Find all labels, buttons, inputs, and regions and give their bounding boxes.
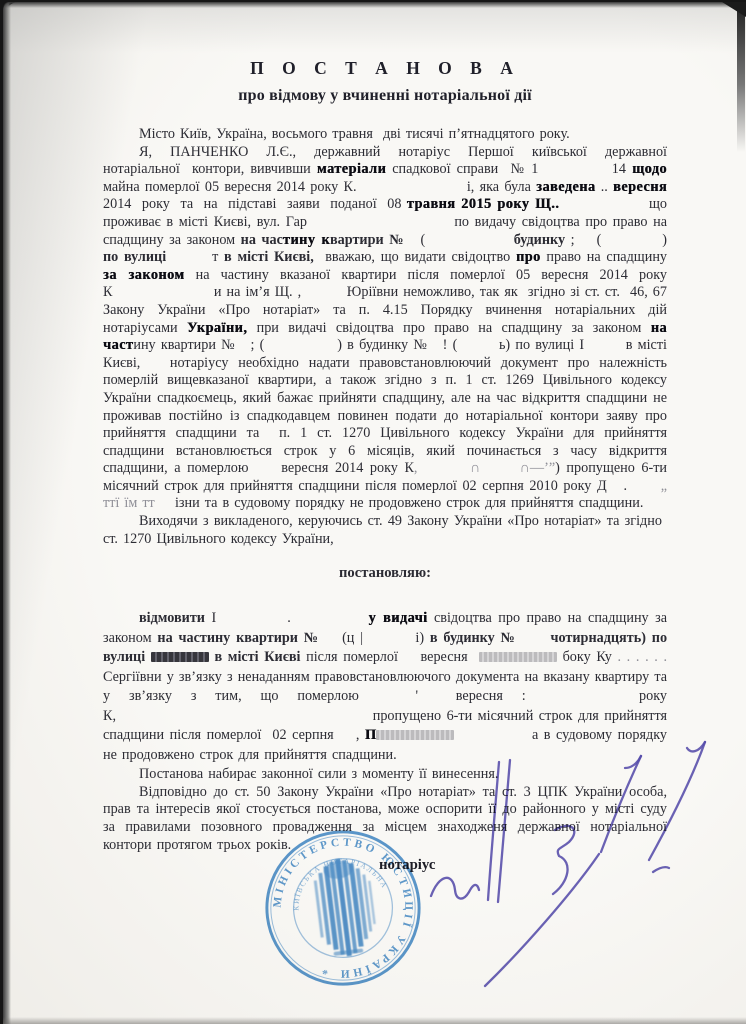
text-segment: ( xyxy=(404,232,514,248)
text-segment: відмовити xyxy=(139,610,205,626)
signature-stroke xyxy=(488,762,499,900)
stamp-star: * xyxy=(321,967,329,982)
text-segment: .. xyxy=(595,179,613,195)
text-segment: в місті Києві xyxy=(214,649,300,665)
scan-edge-left xyxy=(3,2,11,1024)
signature-stroke xyxy=(485,854,599,986)
signature-stroke xyxy=(498,760,510,902)
text-segment: вартири № xyxy=(330,232,404,248)
text-segment: І xyxy=(205,610,216,626)
text-segment: вважаю, що видати свідоцтво xyxy=(314,249,516,265)
text-segment: постановляю: xyxy=(339,565,431,581)
signature-stroke xyxy=(649,742,705,860)
text-segment: . . . . . . xyxy=(612,649,667,665)
text-segment: матеріали xyxy=(317,161,386,177)
text-segment: і, яка була xyxy=(467,179,536,195)
text-segment: , ∩ ∩—’” xyxy=(414,460,555,476)
text-segment: по вулиці xyxy=(103,249,166,265)
text-segment: заведена xyxy=(536,179,595,195)
signature-stroke xyxy=(431,878,479,899)
text-segment: боку Ку xyxy=(557,649,612,665)
redaction-blot xyxy=(479,652,557,662)
text-segment: на частину квартири № xyxy=(157,630,318,646)
text-segment: право на спадщину xyxy=(541,249,672,265)
text-segment: 14 xyxy=(612,161,632,177)
text-segment: ину квартири № ; ( ) в будинку № ! ( ь) … xyxy=(133,337,584,353)
text-segment xyxy=(112,284,213,300)
text-segment: Виходячи з викладеного, керуючись ст. 49… xyxy=(103,513,672,547)
text-segment: за законом xyxy=(103,267,184,283)
paper-sheet: П О С Т А Н О В А про відмову у вчиненні… xyxy=(3,2,746,1024)
text-segment xyxy=(307,214,454,230)
text-segment: спадкової справи № 1 xyxy=(386,161,538,177)
document-title: П О С Т А Н О В А xyxy=(103,58,667,79)
signature-stroke xyxy=(653,867,669,872)
text-segment: вересня xyxy=(613,179,667,195)
text-segment xyxy=(538,161,611,177)
text-segment: у видачі xyxy=(368,610,427,626)
notary-signature-icon xyxy=(403,724,733,1019)
scan-edge-right xyxy=(737,2,745,152)
text-segment xyxy=(155,495,175,511)
signature-stroke xyxy=(553,826,574,894)
redaction-blot xyxy=(151,652,209,662)
scan-edge-bottom xyxy=(3,1017,746,1024)
text-segment: . , xyxy=(289,284,347,300)
paragraph-main: Я, ПАНЧЕНКО Л.Є., державний нотаріус Пер… xyxy=(103,144,667,513)
text-segment: щодо xyxy=(632,161,667,177)
text-segment: . xyxy=(216,610,368,626)
text-segment: при видачі свідоцтва про право на спадщи… xyxy=(247,320,650,336)
text-segment: травня 2015 року Щ.. xyxy=(407,196,560,212)
text-segment: ізни та в судовому порядку не продовжено… xyxy=(175,495,643,511)
text-segment xyxy=(516,630,551,646)
text-segment: в місті Києві, нотаріусу необхідно надат… xyxy=(103,337,672,476)
document-subtitle: про відмову у вчиненні нотаріальної дії xyxy=(103,87,667,105)
text-segment: чотирнадцять) xyxy=(551,630,646,646)
text-segment xyxy=(116,708,373,724)
text-segment: . xyxy=(607,478,661,494)
text-segment: (ц | і) xyxy=(319,630,430,646)
resolution-word: постановляю: xyxy=(103,565,667,582)
text-segment: т xyxy=(166,249,224,265)
text-segment: и на ім’я Щ xyxy=(214,284,289,300)
signature-stroke xyxy=(601,756,641,852)
scanned-document: П О С Т А Н О В А про відмову у вчиненні… xyxy=(0,0,746,1024)
signature-stroke xyxy=(625,756,641,768)
scan-edge-top xyxy=(3,2,746,8)
text-segment: в місті Києві, xyxy=(224,249,314,265)
text-segment: ; ( ) xyxy=(565,232,672,248)
text-segment: , xyxy=(339,727,365,743)
paragraph-place-date: Місто Київ, Україна, восьмого травня дві… xyxy=(103,126,667,144)
text-segment: . xyxy=(353,179,467,195)
text-segment: в будинку № xyxy=(430,630,516,646)
text-segment: про xyxy=(516,249,541,265)
text-segment: будинку xyxy=(514,232,565,248)
text-segment xyxy=(584,337,626,353)
text-segment: після померлої вересня xyxy=(300,649,478,665)
text-segment: на час xyxy=(241,232,283,248)
text-segment: України, xyxy=(187,320,247,336)
text-segment: Місто Київ, Україна, восьмого травня дві… xyxy=(139,126,570,142)
text-segment: тину к xyxy=(283,232,330,248)
paragraph-legal-basis: Виходячи з викладеного, керуючись ст. 49… xyxy=(103,513,667,548)
text-segment: П xyxy=(365,727,377,743)
